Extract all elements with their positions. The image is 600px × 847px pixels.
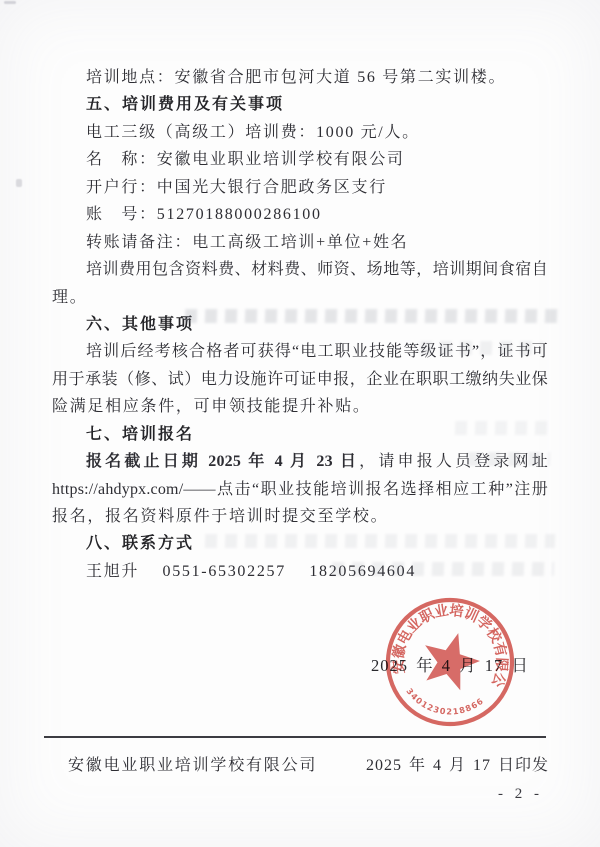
line-certificate-2: 用于承装（修、试）电力设施许可证申报，企业在职职工缴纳失业保 xyxy=(52,366,548,393)
seal-star-icon xyxy=(416,625,486,693)
line-account-name: 名 称：安徽电业职业培训学校有限公司 xyxy=(52,146,548,173)
bleed-through-mark xyxy=(468,452,550,466)
heading-section-5-fees: 五、培训费用及有关事项 xyxy=(52,91,548,118)
document-body: 培训地点：安徽省合肥市包河大道 56 号第二实训楼。 五、培训费用及有关事项 电… xyxy=(52,64,548,585)
page-number: - 2 - xyxy=(498,786,543,803)
line-signup-url: https://ahdypx.com/——点击“职业技能培训报名选择相应工种”注… xyxy=(52,476,548,503)
deadline-date-bold: 报名截止日期 2025 年 4 月 23 日 xyxy=(86,453,359,470)
line-fee-includes-2: 理。 xyxy=(52,284,548,311)
line-certificate-3: 险满足相应条件，可申领技能提升补贴。 xyxy=(52,393,548,420)
line-fee-amount: 电工三级（高级工）培训费：1000 元/人。 xyxy=(52,119,548,146)
bleed-through-mark xyxy=(332,562,554,576)
line-fee-includes-1: 培训费用包含资料费、材料费、师资、场地等，培训期间食宿自 xyxy=(52,256,548,283)
bleed-through-mark xyxy=(455,421,555,435)
line-transfer-note: 转账请备注：电工高级工培训+单位+姓名 xyxy=(52,229,548,256)
bleed-through-mark xyxy=(185,309,557,323)
line-account-number: 账 号：51270188000286100 xyxy=(52,201,548,228)
footer-company-name: 安徽电业职业培训学校有限公司 xyxy=(68,752,317,775)
company-seal-stamp: 安徽电业职业培训学校有限公司 3401230218866 xyxy=(371,583,529,741)
scan-speck xyxy=(4,1,16,4)
line-bank-branch: 开户行：中国光大银行合肥政务区支行 xyxy=(52,174,548,201)
scanned-document-page: 培训地点：安徽省合肥市包河大道 56 号第二实训楼。 五、培训费用及有关事项 电… xyxy=(0,0,600,847)
bleed-through-mark xyxy=(420,341,542,355)
footer-issue-date: 2025 年 4 月 17 日印发 xyxy=(366,752,549,775)
bleed-through-mark xyxy=(205,534,555,548)
scan-speck xyxy=(16,179,22,187)
line-signup-materials: 报名，报名资料原件于培训时提交至学校。 xyxy=(52,503,548,530)
line-training-location: 培训地点：安徽省合肥市包河大道 56 号第二实训楼。 xyxy=(52,64,548,91)
